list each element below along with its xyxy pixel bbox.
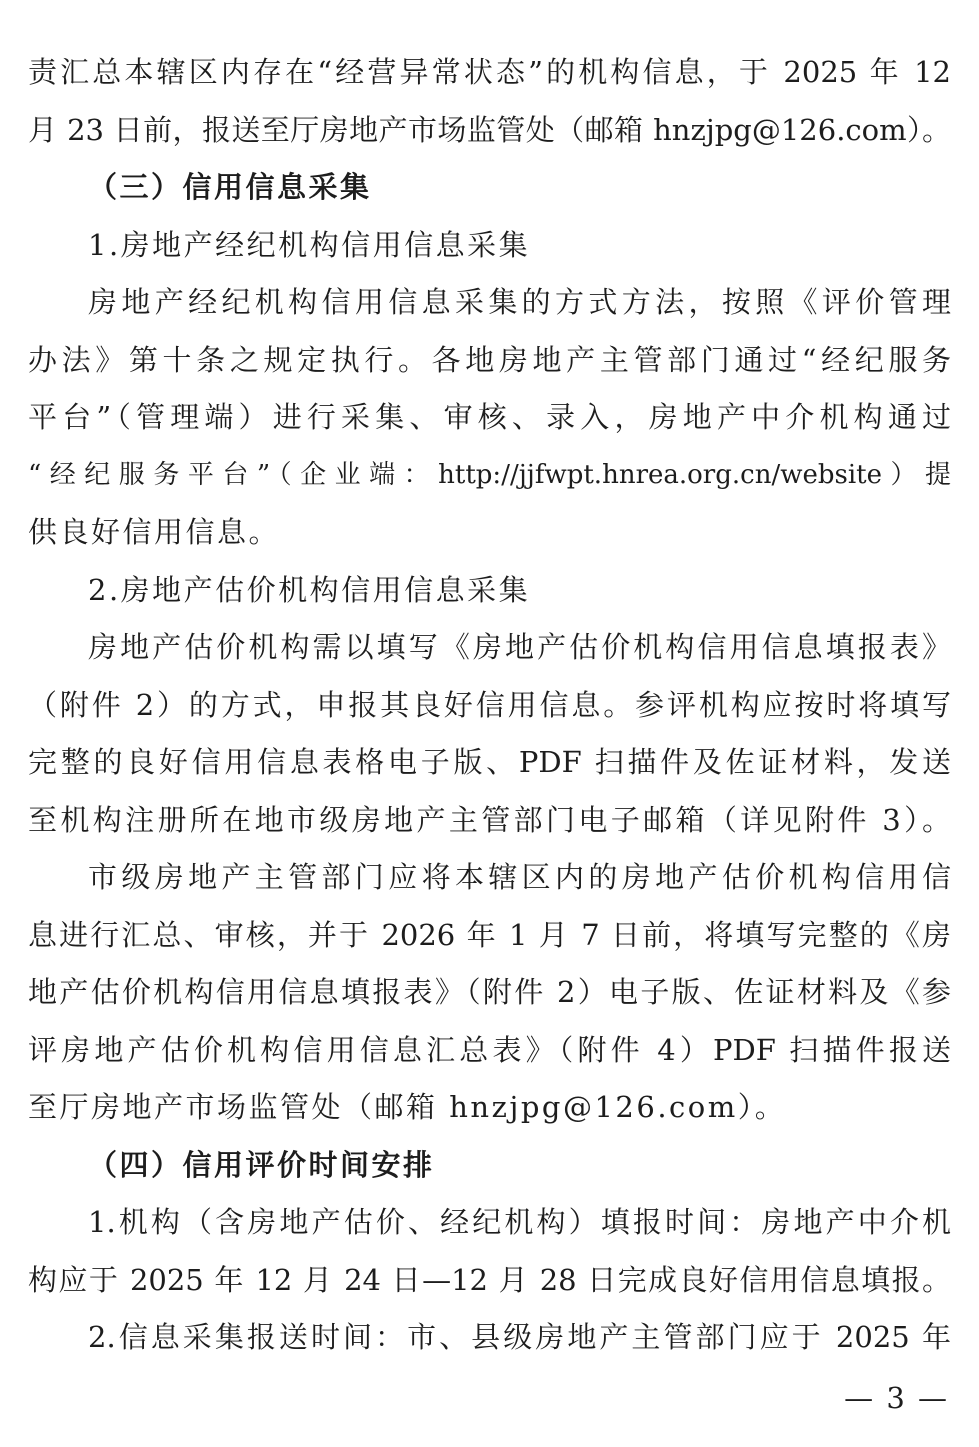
text-line: 平台”（管理端）进行采集、审核、录入，房地产中介机构通过 xyxy=(28,389,951,447)
text-line: 责汇总本辖区内存在“经营异常状态”的机构信息，于 2025 年 12 xyxy=(28,44,951,102)
list-item-heading: 2.房地产估价机构信用信息采集 xyxy=(28,562,951,620)
text-line: 供良好信用信息。 xyxy=(28,504,951,562)
text-line: 房地产估价机构需以填写《房地产估价机构信用信息填报表》 xyxy=(28,619,951,677)
text-line: 评房地产估价机构信用信息汇总表》（附件 4）PDF 扫描件报送 xyxy=(28,1022,951,1080)
text-line: 1.机构（含房地产估价、经纪机构）填报时间：房地产中介机 xyxy=(28,1194,951,1252)
text-line: 至厅房地产市场监管处（邮箱 hnzjpg@126.com）。 xyxy=(28,1079,951,1137)
text-line: 地产估价机构信用信息填报表》（附件 2）电子版、佐证材料及《参 xyxy=(28,964,951,1022)
text-line: 房地产经纪机构信用信息采集的方式方法，按照《评价管理 xyxy=(28,274,951,332)
document-body: 责汇总本辖区内存在“经营异常状态”的机构信息，于 2025 年 12 月 23 … xyxy=(28,44,951,1367)
section-heading: （四）信用评价时间安排 xyxy=(28,1137,951,1195)
document-page: 责汇总本辖区内存在“经营异常状态”的机构信息，于 2025 年 12 月 23 … xyxy=(0,0,979,1447)
text-line: 构应于 2025 年 12 月 24 日—12 月 28 日完成良好信用信息填报… xyxy=(28,1252,951,1310)
text-line: 2.信息采集报送时间：市、县级房地产主管部门应于 2025 年 xyxy=(28,1309,951,1367)
text-line-with-url: “经纪服务平台”（企业端：http://jjfwpt.hnrea.org.cn/… xyxy=(28,447,951,505)
text-line: 至机构注册所在地市级房地产主管部门电子邮箱（详见附件 3）。 xyxy=(28,792,951,850)
page-number: — 3 — xyxy=(844,1381,949,1415)
text-line: 市级房地产主管部门应将本辖区内的房地产估价机构信用信 xyxy=(28,849,951,907)
section-heading: （三）信用信息采集 xyxy=(28,159,951,217)
text-line: 办法》第十条之规定执行。各地房地产主管部门通过“经纪服务 xyxy=(28,332,951,390)
text-line: （附件 2）的方式，申报其良好信用信息。参评机构应按时将填写 xyxy=(28,677,951,735)
text-line: 息进行汇总、审核，并于 2026 年 1 月 7 日前，将填写完整的《房 xyxy=(28,907,951,965)
list-item-heading: 1.房地产经纪机构信用信息采集 xyxy=(28,217,951,275)
text-line: 月 23 日前，报送至厅房地产市场监管处（邮箱 hnzjpg@126.com）。 xyxy=(28,102,951,160)
text-line: 完整的良好信用信息表格电子版、PDF 扫描件及佐证材料，发送 xyxy=(28,734,951,792)
